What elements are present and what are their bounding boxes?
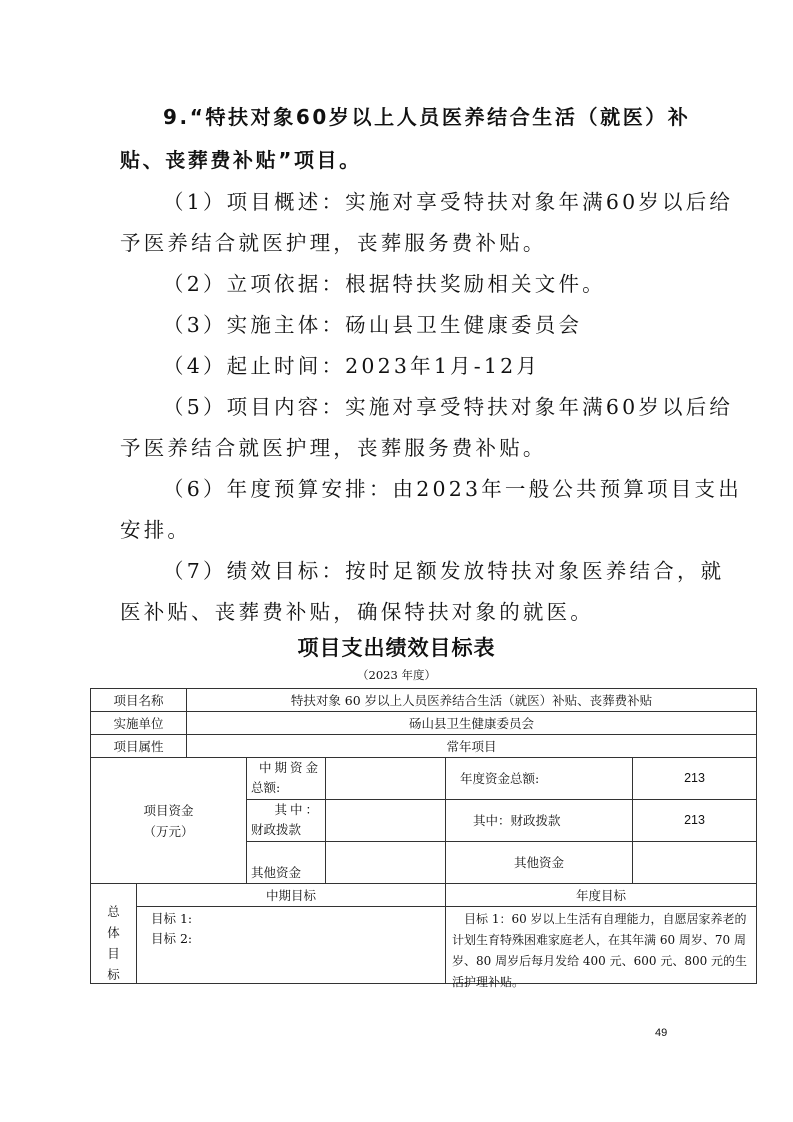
mid-fiscal-label: 其中： 财政拨款	[246, 799, 326, 842]
item-6-line2: 安排。	[120, 516, 191, 544]
annual-other-value	[632, 841, 757, 884]
item-5-line1: （5）项目内容：实施对享受特扶对象年满60岁以后给	[163, 393, 733, 421]
item-6-line1: （6）年度预算安排：由2023年一般公共预算项目支出	[163, 475, 742, 503]
funds-label-line2: （万元）	[143, 821, 193, 842]
item-1-line1: （1）项目概述：实施对享受特扶对象年满60岁以后给	[163, 188, 733, 216]
mid-total-label: 中期资金 总额:	[246, 757, 326, 800]
mid-other-value	[325, 841, 446, 884]
mid-fiscal-line2: 财政拨款	[251, 820, 321, 840]
mid-goal-2: 目标 2:	[151, 929, 431, 949]
item-4: （4）起止时间：2023年1月-12月	[163, 352, 540, 380]
mid-term-goals-header: 中期目标	[136, 883, 446, 907]
annual-goals-header: 年度目标	[445, 883, 757, 907]
goal-label-char-1: 总	[107, 901, 120, 922]
goal-label-char-3: 目	[107, 943, 120, 964]
mid-total-line1: 中期资金	[251, 758, 321, 778]
table-title: 项目支出绩效目标表	[0, 632, 793, 662]
project-attribute-value: 常年项目	[186, 734, 757, 758]
item-5-line2: 予医养结合就医护理，丧葬服务费补贴。	[120, 434, 547, 462]
item-7-line2: 医补贴、丧葬费补贴，确保特扶对象的就医。	[120, 598, 594, 626]
table-subtitle: （2023 年度）	[0, 667, 793, 683]
implementing-unit-value: 砀山县卫生健康委员会	[186, 711, 757, 735]
overall-goals-label: 总 体 目 标	[90, 883, 137, 984]
mid-fiscal-value	[325, 799, 446, 842]
project-funds-label: 项目资金 （万元）	[90, 757, 247, 884]
annual-goals-content: 目标 1：60 岁以上生活有自理能力，自愿居家养老的计划生育特殊困难家庭老人，在…	[445, 906, 757, 984]
project-attribute-label: 项目属性	[90, 734, 187, 758]
project-name-value: 特扶对象 60 岁以上人员医养结合生活（就医）补贴、丧葬费补贴	[186, 688, 757, 712]
funds-label-line1: 项目资金	[143, 800, 193, 821]
annual-fiscal-value: 213	[632, 799, 757, 842]
implementing-unit-label: 实施单位	[90, 711, 187, 735]
mid-other-label: 其他资金	[246, 841, 326, 884]
annual-total-value: 213	[632, 757, 757, 800]
item-1-line2: 予医养结合就医护理，丧葬服务费补贴。	[120, 229, 547, 257]
mid-term-goals-content: 目标 1: 目标 2:	[136, 906, 446, 984]
project-name-label: 项目名称	[90, 688, 187, 712]
mid-goal-1: 目标 1:	[151, 909, 431, 929]
annual-total-label: 年度资金总额:	[445, 757, 633, 800]
mid-fiscal-line1: 其中：	[251, 800, 321, 820]
item-7-line1: （7）绩效目标：按时足额发放特扶对象医养结合，就	[163, 557, 724, 585]
section-heading-line1: 9.“特扶对象60岁以上人员医养结合生活（就医）补	[163, 103, 691, 131]
goal-label-char-4: 标	[107, 964, 120, 985]
goal-label-char-2: 体	[107, 922, 120, 943]
item-3: （3）实施主体：砀山县卫生健康委员会	[163, 311, 582, 339]
annual-other-label: 其他资金	[445, 841, 633, 884]
mid-total-value	[325, 757, 446, 800]
annual-fiscal-label: 其中：财政拨款	[445, 799, 633, 842]
mid-total-line2: 总额:	[251, 778, 321, 798]
item-2: （2）立项依据：根据特扶奖励相关文件。	[163, 270, 606, 298]
page-number: 49	[655, 1027, 667, 1039]
section-heading-line2: 贴、丧葬费补贴”项目。	[120, 146, 362, 174]
